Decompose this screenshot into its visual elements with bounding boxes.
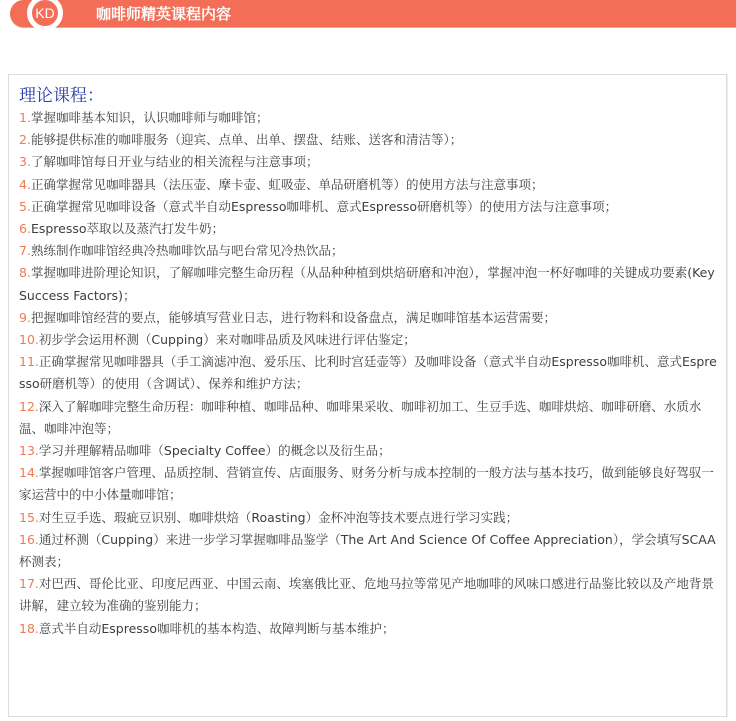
item-number: 15.	[19, 510, 39, 525]
item-text: Espresso萃取以及蒸汽打发牛奶；	[31, 221, 224, 236]
item-number: 8.	[19, 265, 31, 280]
course-item: 16.通过杯测（Cupping）来进一步学习掌握咖啡品鉴学（The Art An…	[19, 529, 719, 573]
item-text: 对巴西、哥伦比亚、印度尼西亚、中国云南、埃塞俄比亚、危地马拉等常见产地咖啡的风味…	[19, 576, 714, 613]
item-number: 18.	[19, 621, 39, 636]
item-text: 通过杯测（Cupping）来进一步学习掌握咖啡品鉴学（The Art And S…	[19, 532, 716, 569]
course-item-list: 1.掌握咖啡基本知识，认识咖啡师与咖啡馆； 2.能够提供标准的咖啡服务（迎宾、点…	[19, 107, 719, 640]
item-text: 正确掌握常见咖啡器具（法压壶、摩卡壶、虹吸壶、单品研磨机等）的使用方法与注意事项…	[31, 177, 544, 192]
item-number: 16.	[19, 532, 39, 547]
item-number: 1.	[19, 110, 31, 125]
course-item: 1.掌握咖啡基本知识，认识咖啡师与咖啡馆；	[19, 107, 719, 129]
item-number: 7.	[19, 243, 31, 258]
item-number: 12.	[19, 399, 39, 414]
course-item: 7.熟练制作咖啡馆经典冷热咖啡饮品与吧台常见冷热饮品；	[19, 240, 719, 262]
course-item: 6.Espresso萃取以及蒸汽打发牛奶；	[19, 218, 719, 240]
course-item: 18.意式半自动Espresso咖啡机的基本构造、故障判断与基本维护；	[19, 618, 719, 640]
item-text: 掌握咖啡馆客户管理、品质控制、营销宣传、店面服务、财务分析与成本控制的一般方法与…	[19, 465, 714, 502]
course-item: 8.掌握咖啡进阶理论知识，了解咖啡完整生命历程（从品种种植到烘焙研磨和冲泡），掌…	[19, 262, 719, 306]
item-number: 13.	[19, 443, 39, 458]
item-number: 17.	[19, 576, 39, 591]
item-text: 能够提供标准的咖啡服务（迎宾、点单、出单、摆盘、结账、送客和清洁等）；	[31, 132, 462, 147]
item-text: 学习并理解精品咖啡（Specialty Coffee）的概念以及衍生品；	[39, 443, 391, 458]
item-text: 对生豆手选、瑕疵豆识别、咖啡烘焙（Roasting）金杯冲泡等技术要点进行学习实…	[39, 510, 518, 525]
item-text: 了解咖啡馆每日开业与结业的相关流程与注意事项；	[31, 154, 319, 169]
course-item: 13.学习并理解精品咖啡（Specialty Coffee）的概念以及衍生品；	[19, 440, 719, 462]
item-text: 正确掌握常见咖啡设备（意式半自动Espresso咖啡机、意式Espresso研磨…	[31, 199, 617, 214]
course-item: 5.正确掌握常见咖啡设备（意式半自动Espresso咖啡机、意式Espresso…	[19, 196, 719, 218]
course-item: 2.能够提供标准的咖啡服务（迎宾、点单、出单、摆盘、结账、送客和清洁等）；	[19, 129, 719, 151]
item-text: 意式半自动Espresso咖啡机的基本构造、故障判断与基本维护；	[39, 621, 395, 636]
course-item: 4.正确掌握常见咖啡器具（法压壶、摩卡壶、虹吸壶、单品研磨机等）的使用方法与注意…	[19, 174, 719, 196]
item-number: 4.	[19, 177, 31, 192]
item-text: 深入了解咖啡完整生命历程：咖啡种植、咖啡品种、咖啡果采收、咖啡初加工、生豆手选、…	[19, 399, 701, 436]
item-number: 14.	[19, 465, 39, 480]
item-number: 5.	[19, 199, 31, 214]
item-text: 掌握咖啡进阶理论知识，了解咖啡完整生命历程（从品种种植到烘焙研磨和冲泡），掌握冲…	[19, 265, 715, 302]
item-number: 3.	[19, 154, 31, 169]
item-text: 把握咖啡馆经营的要点，能够填写营业日志，进行物料和设备盘点，满足咖啡馆基本运营需…	[31, 310, 556, 325]
item-number: 11.	[19, 354, 39, 369]
item-text: 正确掌握常见咖啡器具（手工滴滤冲泡、爱乐压、比利时宫廷壶等）及咖啡设备（意式半自…	[19, 354, 717, 391]
course-item: 11.正确掌握常见咖啡器具（手工滴滤冲泡、爱乐压、比利时宫廷壶等）及咖啡设备（意…	[19, 351, 719, 395]
course-item: 9.把握咖啡馆经营的要点，能够填写营业日志，进行物料和设备盘点，满足咖啡馆基本运…	[19, 307, 719, 329]
item-text: 初步学会运用杯测（Cupping）来对咖啡品质及风味进行评估鉴定；	[39, 332, 416, 347]
item-number: 6.	[19, 221, 31, 236]
course-item: 12.深入了解咖啡完整生命历程：咖啡种植、咖啡品种、咖啡果采收、咖啡初加工、生豆…	[19, 396, 719, 440]
course-item: 3.了解咖啡馆每日开业与结业的相关流程与注意事项；	[19, 151, 719, 173]
item-text: 掌握咖啡基本知识，认识咖啡师与咖啡馆；	[31, 110, 269, 125]
section-title: 理论课程：	[19, 85, 104, 107]
item-number: 2.	[19, 132, 31, 147]
page-header: KD 咖啡师精英课程内容	[0, 0, 736, 28]
item-text: 熟练制作咖啡馆经典冷热咖啡饮品与吧台常见冷热饮品；	[31, 243, 344, 258]
course-item: 14.掌握咖啡馆客户管理、品质控制、营销宣传、店面服务、财务分析与成本控制的一般…	[19, 462, 719, 506]
item-number: 9.	[19, 310, 31, 325]
course-item: 15.对生豆手选、瑕疵豆识别、咖啡烘焙（Roasting）金杯冲泡等技术要点进行…	[19, 507, 719, 529]
course-item: 17.对巴西、哥伦比亚、印度尼西亚、中国云南、埃塞俄比亚、危地马拉等常见产地咖啡…	[19, 573, 719, 617]
course-item: 10.初步学会运用杯测（Cupping）来对咖啡品质及风味进行评估鉴定；	[19, 329, 719, 351]
page-title: 咖啡师精英课程内容	[96, 4, 231, 24]
item-number: 10.	[19, 332, 39, 347]
